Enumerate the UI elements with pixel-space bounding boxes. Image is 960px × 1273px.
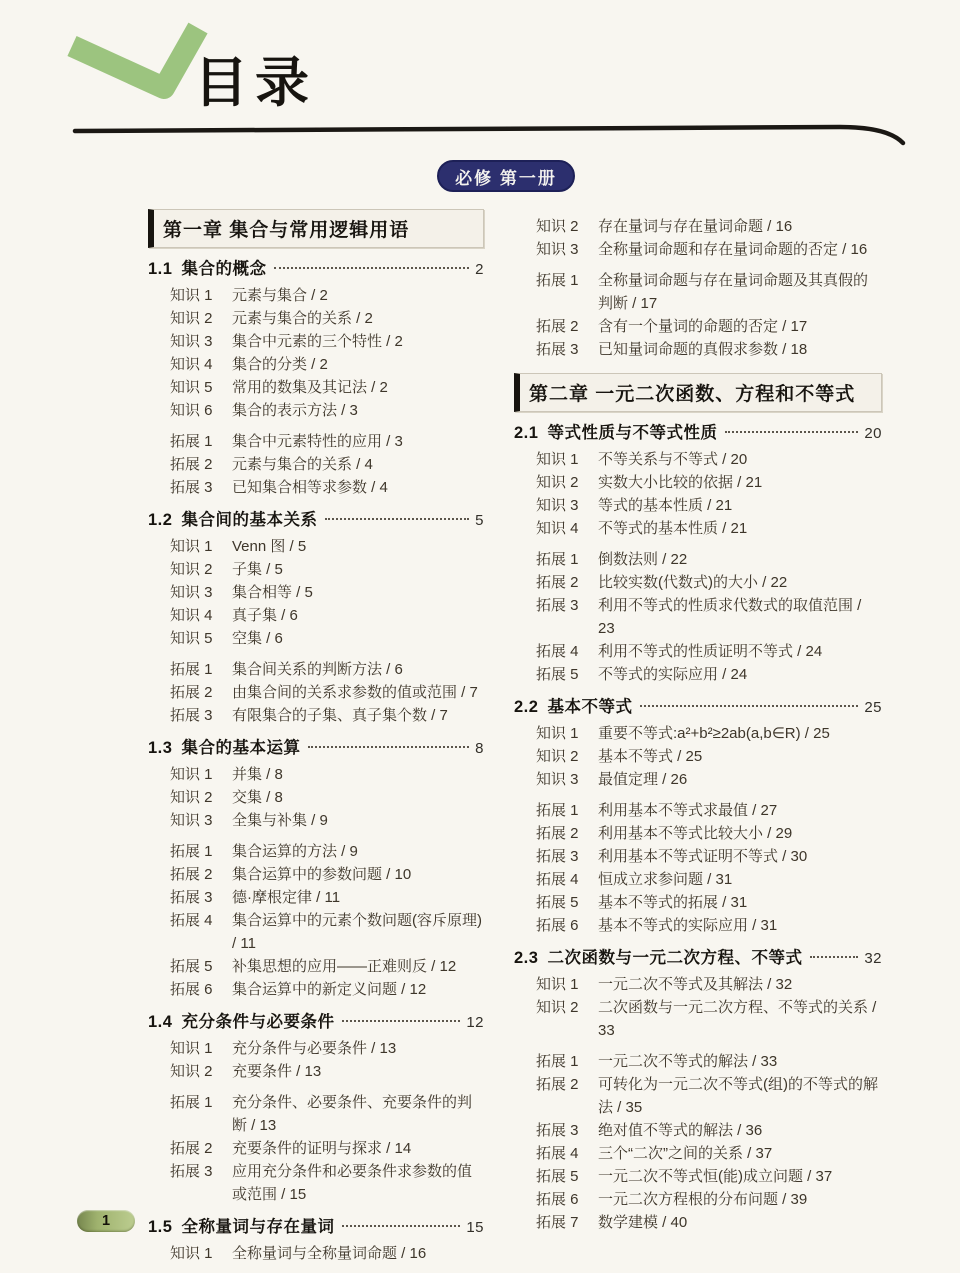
item-text: 恒成立求参问题 / 31 [598, 868, 882, 891]
toc-item-row: 拓展 3利用不等式的性质求代数式的取值范围 / 23 [514, 594, 882, 640]
toc-item-row: 拓展 3利用基本不等式证明不等式 / 30 [514, 845, 882, 868]
toc-item-row: 知识 6集合的表示方法 / 3 [148, 399, 484, 422]
item-text: 常用的数集及其记法 / 2 [232, 376, 484, 399]
toc-column-left: 第一章 集合与常用逻辑用语1.1集合的概念2知识 1元素与集合 / 2知识 2元… [148, 209, 484, 1265]
item-label: 知识 2 [170, 786, 232, 809]
toc-item-row: 知识 1充分条件与必要条件 / 13 [148, 1037, 484, 1060]
toc-section-row: 1.3集合的基本运算8 [148, 736, 484, 761]
item-label: 知识 3 [536, 238, 598, 261]
item-text: 充要条件的证明与探求 / 14 [232, 1137, 484, 1160]
item-text: 元素与集合 / 2 [232, 284, 484, 307]
toc-item-row: 知识 5常用的数集及其记法 / 2 [148, 376, 484, 399]
chapter-heading-text: 第二章 一元二次函数、方程和不等式 [529, 384, 855, 405]
toc-section-row: 2.1等式性质与不等式性质20 [514, 421, 882, 446]
toc-item-row: 知识 3等式的基本性质 / 21 [514, 494, 882, 517]
toc-item-row: 知识 2二次函数与一元二次方程、不等式的关系 / 33 [514, 996, 882, 1042]
section-title: 集合的概念 [181, 257, 266, 282]
dot-leader [640, 705, 858, 707]
item-label: 知识 1 [170, 284, 232, 307]
toc-item-row: 拓展 2含有一个量词的命题的否定 / 17 [514, 315, 882, 338]
toc-item-row: 知识 1并集 / 8 [148, 763, 484, 786]
toc-item-row: 拓展 2可转化为一元二次不等式(组)的不等式的解法 / 35 [514, 1073, 882, 1119]
item-text: 已知量词命题的真假求参数 / 18 [598, 338, 882, 361]
item-label: 拓展 4 [536, 640, 598, 663]
toc-section-row: 1.2集合间的基本关系5 [148, 508, 484, 533]
item-label: 拓展 4 [170, 909, 232, 932]
item-label: 知识 5 [170, 627, 232, 650]
section-page-number: 12 [466, 1010, 484, 1035]
item-label: 知识 4 [536, 517, 598, 540]
toc-item-row: 知识 4真子集 / 6 [148, 604, 484, 627]
toc-item-row: 拓展 4三个“二次”之间的关系 / 37 [514, 1142, 882, 1165]
item-label: 知识 3 [170, 581, 232, 604]
toc-item-row: 拓展 5补集思想的应用——正难则反 / 12 [148, 955, 484, 978]
item-label: 知识 1 [536, 448, 598, 471]
toc-item-row: 知识 3全集与补集 / 9 [148, 809, 484, 832]
toc-item-row: 拓展 1倒数法则 / 22 [514, 548, 882, 571]
item-label: 拓展 2 [536, 571, 598, 594]
item-text: 全称量词命题与存在量词命题及其真假的判断 / 17 [598, 269, 882, 315]
dot-leader [810, 956, 858, 958]
dot-leader [342, 1225, 460, 1227]
toc-item-row: 拓展 1一元二次不等式的解法 / 33 [514, 1050, 882, 1073]
item-text: 集合运算中的参数问题 / 10 [232, 863, 484, 886]
item-label: 拓展 1 [170, 430, 232, 453]
toc-item-row: 知识 3集合中元素的三个特性 / 2 [148, 330, 484, 353]
item-label: 拓展 3 [170, 1160, 232, 1183]
toc-section-row: 1.4充分条件与必要条件12 [148, 1010, 484, 1035]
section-page-number: 25 [864, 695, 882, 720]
item-text: 绝对值不等式的解法 / 36 [598, 1119, 882, 1142]
toc-item-row: 拓展 6基本不等式的实际应用 / 31 [514, 914, 882, 937]
item-text: 可转化为一元二次不等式(组)的不等式的解法 / 35 [598, 1073, 882, 1119]
item-label: 知识 2 [170, 558, 232, 581]
item-text: 充分条件、必要条件、充要条件的判断 / 13 [232, 1091, 484, 1137]
toc-item-row: 知识 2交集 / 8 [148, 786, 484, 809]
toc-item-row: 知识 2基本不等式 / 25 [514, 745, 882, 768]
toc-item-row: 拓展 2集合运算中的参数问题 / 10 [148, 863, 484, 886]
toc-section-row: 1.1集合的概念2 [148, 257, 484, 282]
toc-item-row: 拓展 4集合运算中的元素个数问题(容斥原理) / 11 [148, 909, 484, 955]
item-label: 知识 2 [536, 471, 598, 494]
toc-item-row: 知识 4不等式的基本性质 / 21 [514, 517, 882, 540]
toc-item-row: 拓展 3已知集合相等求参数 / 4 [148, 476, 484, 499]
item-text: 基本不等式的拓展 / 31 [598, 891, 882, 914]
item-text: 充分条件与必要条件 / 13 [232, 1037, 484, 1060]
item-label: 拓展 3 [536, 338, 598, 361]
item-text: 集合的分类 / 2 [232, 353, 484, 376]
toc-item-row: 拓展 2比较实数(代数式)的大小 / 22 [514, 571, 882, 594]
item-label: 拓展 1 [536, 548, 598, 571]
toc-item-row: 拓展 3绝对值不等式的解法 / 36 [514, 1119, 882, 1142]
toc-item-row: 拓展 4利用不等式的性质证明不等式 / 24 [514, 640, 882, 663]
item-text: 元素与集合的关系 / 2 [232, 307, 484, 330]
item-label: 知识 3 [536, 768, 598, 791]
dot-leader [325, 518, 469, 520]
toc-item-row: 拓展 6集合运算中的新定义问题 / 12 [148, 978, 484, 1001]
item-text: 倒数法则 / 22 [598, 548, 882, 571]
toc-item-row: 拓展 1利用基本不等式求最值 / 27 [514, 799, 882, 822]
toc-item-row: 知识 1全称量词与全称量词命题 / 16 [148, 1242, 484, 1265]
chapter-heading: 第一章 集合与常用逻辑用语 [148, 209, 484, 248]
item-label: 知识 1 [170, 1242, 232, 1265]
item-label: 拓展 1 [536, 1050, 598, 1073]
toc-item-row: 拓展 6一元二次方程根的分布问题 / 39 [514, 1188, 882, 1211]
section-page-number: 15 [466, 1215, 484, 1240]
item-text: 一元二次方程根的分布问题 / 39 [598, 1188, 882, 1211]
item-text: 利用不等式的性质求代数式的取值范围 / 23 [598, 594, 882, 640]
item-label: 拓展 1 [170, 658, 232, 681]
item-text: 不等式的基本性质 / 21 [598, 517, 882, 540]
item-text: 一元二次不等式及其解法 / 32 [598, 973, 882, 996]
item-label: 拓展 3 [536, 1119, 598, 1142]
item-text: 一元二次不等式的解法 / 33 [598, 1050, 882, 1073]
item-label: 拓展 5 [170, 955, 232, 978]
section-page-number: 20 [864, 421, 882, 446]
toc-item-row: 拓展 3德·摩根定律 / 11 [148, 886, 484, 909]
toc-item-row: 拓展 2由集合间的关系求参数的值或范围 / 7 [148, 681, 484, 704]
item-text: 集合中元素的三个特性 / 2 [232, 330, 484, 353]
section-page-number: 32 [864, 946, 882, 971]
item-text: 基本不等式 / 25 [598, 745, 882, 768]
item-label: 知识 1 [536, 973, 598, 996]
toc-item-row: 拓展 5不等式的实际应用 / 24 [514, 663, 882, 686]
item-label: 知识 1 [536, 722, 598, 745]
section-title: 集合间的基本关系 [181, 508, 317, 533]
item-label: 知识 4 [170, 353, 232, 376]
toc-section-row: 2.3二次函数与一元二次方程、不等式32 [514, 946, 882, 971]
item-label: 知识 2 [536, 745, 598, 768]
toc-item-row: 知识 3最值定理 / 26 [514, 768, 882, 791]
item-text: 利用基本不等式求最值 / 27 [598, 799, 882, 822]
section-number: 1.3 [148, 736, 172, 761]
toc-item-row: 拓展 7数学建模 / 40 [514, 1211, 882, 1234]
item-label: 知识 2 [170, 1060, 232, 1083]
item-text: 空集 / 6 [232, 627, 484, 650]
item-label: 拓展 7 [536, 1211, 598, 1234]
item-label: 拓展 1 [536, 799, 598, 822]
item-text: 最值定理 / 26 [598, 768, 882, 791]
chapter-heading-text: 第一章 集合与常用逻辑用语 [163, 220, 409, 241]
section-title: 集合的基本运算 [181, 736, 300, 761]
section-title: 充分条件与必要条件 [181, 1010, 334, 1035]
volume-badge: 必修 第一册 [437, 160, 575, 192]
dot-leader [725, 431, 858, 433]
item-label: 知识 1 [170, 763, 232, 786]
item-text: 集合的表示方法 / 3 [232, 399, 484, 422]
item-label: 知识 6 [170, 399, 232, 422]
item-text: 集合间关系的判断方法 / 6 [232, 658, 484, 681]
green-check-icon [72, 28, 198, 88]
page-title: 目录 [194, 56, 316, 110]
item-label: 拓展 2 [536, 822, 598, 845]
item-label: 拓展 2 [536, 1073, 598, 1096]
item-label: 拓展 1 [170, 1091, 232, 1114]
item-label: 拓展 5 [536, 663, 598, 686]
toc-item-row: 拓展 3应用充分条件和必要条件求参数的值或范围 / 15 [148, 1160, 484, 1206]
dot-leader [274, 267, 469, 269]
toc-item-row: 拓展 5一元二次不等式恒(能)成立问题 / 37 [514, 1165, 882, 1188]
toc-item-row: 知识 3集合相等 / 5 [148, 581, 484, 604]
section-number: 2.1 [514, 421, 538, 446]
item-text: 集合中元素特性的应用 / 3 [232, 430, 484, 453]
item-text: Venn 图 / 5 [232, 535, 484, 558]
toc-item-row: 知识 1一元二次不等式及其解法 / 32 [514, 973, 882, 996]
item-label: 知识 1 [170, 535, 232, 558]
item-label: 拓展 6 [536, 914, 598, 937]
item-label: 知识 4 [170, 604, 232, 627]
item-label: 知识 5 [170, 376, 232, 399]
item-text: 有限集合的子集、真子集个数 / 7 [232, 704, 484, 727]
item-label: 拓展 4 [536, 1142, 598, 1165]
item-text: 重要不等式:a²+b²≥2ab(a,b∈R) / 25 [598, 722, 882, 745]
toc-item-row: 知识 4集合的分类 / 2 [148, 353, 484, 376]
item-text: 交集 / 8 [232, 786, 484, 809]
item-label: 知识 2 [536, 996, 598, 1019]
page-number-tab: 1 [77, 1210, 135, 1232]
item-text: 实数大小比较的依据 / 21 [598, 471, 882, 494]
toc-section-row: 2.2基本不等式25 [514, 695, 882, 720]
item-label: 知识 3 [170, 809, 232, 832]
section-number: 1.4 [148, 1010, 172, 1035]
item-label: 拓展 5 [536, 891, 598, 914]
section-number: 1.1 [148, 257, 172, 282]
item-text: 集合相等 / 5 [232, 581, 484, 604]
title-underline [75, 127, 903, 143]
item-text: 由集合间的关系求参数的值或范围 / 7 [232, 681, 484, 704]
toc-item-row: 知识 3全称量词命题和存在量词命题的否定 / 16 [514, 238, 882, 261]
toc-item-row: 拓展 3有限集合的子集、真子集个数 / 7 [148, 704, 484, 727]
section-page-number: 8 [475, 736, 484, 761]
item-text: 利用不等式的性质证明不等式 / 24 [598, 640, 882, 663]
item-text: 不等式的实际应用 / 24 [598, 663, 882, 686]
item-label: 拓展 6 [536, 1188, 598, 1211]
item-label: 拓展 3 [170, 886, 232, 909]
toc-item-row: 拓展 1集合中元素特性的应用 / 3 [148, 430, 484, 453]
item-text: 基本不等式的实际应用 / 31 [598, 914, 882, 937]
item-text: 存在量词与存在量词命题 / 16 [598, 215, 882, 238]
item-text: 元素与集合的关系 / 4 [232, 453, 484, 476]
item-label: 拓展 1 [170, 840, 232, 863]
item-label: 知识 1 [170, 1037, 232, 1060]
toc-item-row: 知识 1Venn 图 / 5 [148, 535, 484, 558]
item-text: 不等关系与不等式 / 20 [598, 448, 882, 471]
dot-leader [308, 746, 469, 748]
item-text: 全称量词与全称量词命题 / 16 [232, 1242, 484, 1265]
item-text: 已知集合相等求参数 / 4 [232, 476, 484, 499]
item-text: 等式的基本性质 / 21 [598, 494, 882, 517]
item-label: 拓展 2 [170, 453, 232, 476]
item-text: 德·摩根定律 / 11 [232, 886, 484, 909]
item-label: 拓展 4 [536, 868, 598, 891]
section-number: 2.3 [514, 946, 538, 971]
item-label: 拓展 3 [170, 476, 232, 499]
toc-section-row: 1.5全称量词与存在量词15 [148, 1215, 484, 1240]
item-label: 知识 3 [536, 494, 598, 517]
item-text: 含有一个量词的命题的否定 / 17 [598, 315, 882, 338]
header-artwork [0, 0, 960, 160]
toc-item-row: 知识 1重要不等式:a²+b²≥2ab(a,b∈R) / 25 [514, 722, 882, 745]
item-label: 拓展 3 [170, 704, 232, 727]
section-title: 二次函数与一元二次方程、不等式 [547, 946, 802, 971]
item-label: 知识 2 [170, 307, 232, 330]
item-label: 拓展 5 [536, 1165, 598, 1188]
item-text: 二次函数与一元二次方程、不等式的关系 / 33 [598, 996, 882, 1042]
section-number: 1.2 [148, 508, 172, 533]
section-page-number: 2 [475, 257, 484, 282]
item-text: 集合运算中的新定义问题 / 12 [232, 978, 484, 1001]
item-label: 拓展 3 [536, 594, 598, 617]
toc-item-row: 知识 1不等关系与不等式 / 20 [514, 448, 882, 471]
item-text: 充要条件 / 13 [232, 1060, 484, 1083]
section-page-number: 5 [475, 508, 484, 533]
item-text: 并集 / 8 [232, 763, 484, 786]
toc-item-row: 知识 2存在量词与存在量词命题 / 16 [514, 215, 882, 238]
item-label: 拓展 2 [536, 315, 598, 338]
item-text: 数学建模 / 40 [598, 1211, 882, 1234]
toc-item-row: 知识 1元素与集合 / 2 [148, 284, 484, 307]
section-title: 基本不等式 [547, 695, 632, 720]
toc-item-row: 拓展 2利用基本不等式比较大小 / 29 [514, 822, 882, 845]
item-label: 拓展 2 [170, 681, 232, 704]
item-text: 利用基本不等式证明不等式 / 30 [598, 845, 882, 868]
item-text: 全集与补集 / 9 [232, 809, 484, 832]
toc-item-row: 知识 2充要条件 / 13 [148, 1060, 484, 1083]
item-label: 知识 3 [170, 330, 232, 353]
section-number: 1.5 [148, 1215, 172, 1240]
section-title: 等式性质与不等式性质 [547, 421, 717, 446]
item-label: 拓展 6 [170, 978, 232, 1001]
toc-item-row: 拓展 5基本不等式的拓展 / 31 [514, 891, 882, 914]
toc-item-row: 拓展 1全称量词命题与存在量词命题及其真假的判断 / 17 [514, 269, 882, 315]
item-label: 拓展 1 [536, 269, 598, 292]
toc-item-row: 知识 5空集 / 6 [148, 627, 484, 650]
item-text: 一元二次不等式恒(能)成立问题 / 37 [598, 1165, 882, 1188]
item-text: 集合运算的方法 / 9 [232, 840, 484, 863]
dot-leader [342, 1020, 460, 1022]
toc-item-row: 拓展 1集合间关系的判断方法 / 6 [148, 658, 484, 681]
toc-item-row: 知识 2元素与集合的关系 / 2 [148, 307, 484, 330]
toc-item-row: 知识 2子集 / 5 [148, 558, 484, 581]
item-text: 全称量词命题和存在量词命题的否定 / 16 [598, 238, 882, 261]
item-text: 集合运算中的元素个数问题(容斥原理) / 11 [232, 909, 484, 955]
item-text: 子集 / 5 [232, 558, 484, 581]
toc-column-right: 知识 2存在量词与存在量词命题 / 16知识 3全称量词命题和存在量词命题的否定… [514, 215, 882, 1234]
item-text: 应用充分条件和必要条件求参数的值或范围 / 15 [232, 1160, 484, 1206]
toc-item-row: 拓展 3已知量词命题的真假求参数 / 18 [514, 338, 882, 361]
toc-item-row: 知识 2实数大小比较的依据 / 21 [514, 471, 882, 494]
toc-item-row: 拓展 1集合运算的方法 / 9 [148, 840, 484, 863]
item-label: 拓展 2 [170, 863, 232, 886]
item-label: 拓展 3 [536, 845, 598, 868]
item-label: 知识 2 [536, 215, 598, 238]
section-number: 2.2 [514, 695, 538, 720]
item-label: 拓展 2 [170, 1137, 232, 1160]
toc-item-row: 拓展 4恒成立求参问题 / 31 [514, 868, 882, 891]
toc-item-row: 拓展 2充要条件的证明与探求 / 14 [148, 1137, 484, 1160]
chapter-heading: 第二章 一元二次函数、方程和不等式 [514, 373, 882, 412]
section-title: 全称量词与存在量词 [181, 1215, 334, 1240]
item-text: 补集思想的应用——正难则反 / 12 [232, 955, 484, 978]
toc-item-row: 拓展 1充分条件、必要条件、充要条件的判断 / 13 [148, 1091, 484, 1137]
toc-item-row: 拓展 2元素与集合的关系 / 4 [148, 453, 484, 476]
item-text: 真子集 / 6 [232, 604, 484, 627]
item-text: 比较实数(代数式)的大小 / 22 [598, 571, 882, 594]
item-text: 三个“二次”之间的关系 / 37 [598, 1142, 882, 1165]
item-text: 利用基本不等式比较大小 / 29 [598, 822, 882, 845]
